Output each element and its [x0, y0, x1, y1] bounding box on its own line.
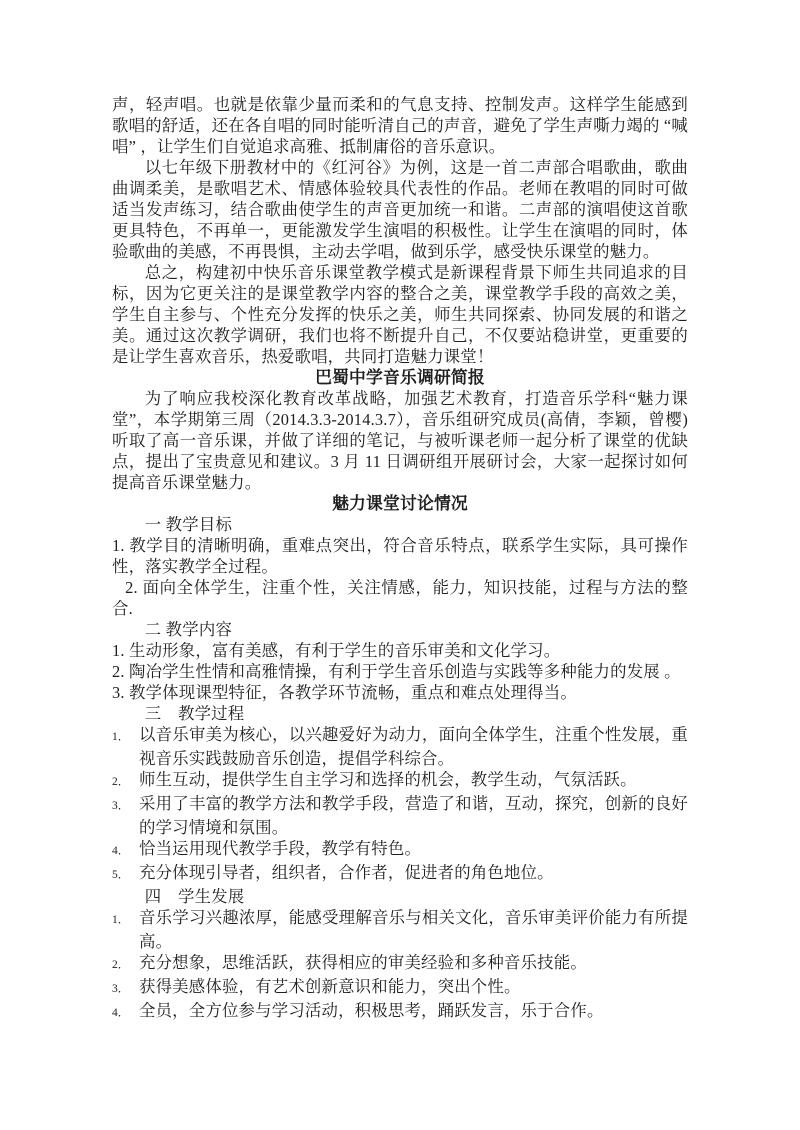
paragraph-summary: 总之，构建初中快乐音乐课堂教学模式是新课程背景下师生共同追求的目标，因为它更关注…	[112, 262, 688, 367]
list-item-text: 以音乐审美为核心，以兴趣爱好为动力，面向全体学生，注重个性发展，重视音乐实践鼓励…	[139, 725, 688, 768]
list-item-development-2: 2．充分想象，思维活跃，获得相应的审美经验和多种音乐技能。	[112, 952, 688, 976]
list-number: 2．	[112, 955, 139, 976]
document-page: 声，轻声唱。也就是依靠少量而柔和的气息支持、控制发声。这样学生能感到歌唱的舒适，…	[0, 0, 800, 1130]
section-heading-teaching-content: 二 教学内容	[112, 619, 688, 640]
section-heading-teaching-goals: 一 教学目标	[112, 514, 688, 535]
section-heading-student-development: 四 学生发展	[112, 886, 688, 907]
list-item-development-1: 1．音乐学习兴趣浓厚，能感受理解音乐与相关文化，音乐审美评价能力有所提高。	[112, 907, 688, 952]
list-item-text: 师生互动，提供学生自主学习和选择的机会，教学生动，气氛活跃。	[139, 770, 637, 789]
list-item-content-3: 3. 教学体现课型特征，各教学环节流畅，重点和难点处理得当。	[112, 682, 688, 703]
paragraph-report-intro: 为了响应我校深化教育改革战略，加强艺术教育，打造音乐学科“魅力课堂”，本学期第三…	[112, 388, 688, 493]
list-item-process-5: 5．充分体现引导者，组织者，合作者，促进者的角色地位。	[112, 862, 688, 886]
section-heading-teaching-process: 三 教学过程	[112, 703, 688, 724]
list-item-development-4: 4．全员，全方位参与学习活动，积极思考，踊跃发言，乐于合作。	[112, 1000, 688, 1024]
list-item-process-3: 3．采用了丰富的教学方法和教学手段，营造了和谐，互动，探究，创新的良好的学习情境…	[112, 793, 688, 838]
list-item-text: 全员，全方位参与学习活动，积极思考，踊跃发言，乐于合作。	[139, 1001, 604, 1020]
list-item-content-1: 1. 生动形象，富有美感，有利于学生的音乐审美和文化学习。	[112, 640, 688, 661]
list-item-text: 恰当运用现代教学手段，教学有特色。	[139, 839, 421, 858]
list-number: 4．	[112, 841, 139, 862]
list-item-text: 获得美感体验，有艺术创新意识和能力，突出个性。	[139, 977, 521, 996]
list-item-goals-1: 1. 教学目的清晰明确，重难点突出，符合音乐特点，联系学生实际，具可操作性，落实…	[112, 535, 688, 577]
list-number: 3．	[112, 796, 139, 817]
list-number: 2．	[112, 772, 139, 793]
list-item-text: 充分想象，思维活跃，获得相应的审美经验和多种音乐技能。	[139, 953, 587, 972]
list-item-content-2: 2. 陶冶学生性情和高雅情操，有利于学生音乐创造与实践等多种能力的发展 。	[112, 661, 688, 682]
list-item-goals-2: 2. 面向全体学生，注重个性，关注情感，能力，知识技能，过程与方法的整合.	[112, 577, 688, 619]
list-item-process-1: 1．以音乐审美为核心，以兴趣爱好为动力，面向全体学生，注重个性发展，重视音乐实践…	[112, 724, 688, 769]
document-body: 声，轻声唱。也就是依靠少量而柔和的气息支持、控制发声。这样学生能感到歌唱的舒适，…	[112, 94, 688, 1024]
list-item-text: 采用了丰富的教学方法和教学手段，营造了和谐，互动，探究，创新的良好的学习情境和氛…	[139, 794, 688, 837]
paragraph-soft-singing: 声，轻声唱。也就是依靠少量而柔和的气息支持、控制发声。这样学生能感到歌唱的舒适，…	[112, 94, 688, 157]
list-number: 1．	[112, 910, 139, 931]
list-number: 1．	[112, 727, 139, 748]
report-title: 巴蜀中学音乐调研简报	[112, 367, 688, 388]
list-number: 3．	[112, 979, 139, 1000]
paragraph-honghegu-example: 以七年级下册教材中的《红河谷》为例，这是一首二声部合唱歌曲，歌曲曲调柔美，是歌唱…	[112, 157, 688, 262]
list-item-process-4: 4．恰当运用现代教学手段，教学有特色。	[112, 838, 688, 862]
list-item-development-3: 3．获得美感体验，有艺术创新意识和能力，突出个性。	[112, 976, 688, 1000]
list-item-text: 音乐学习兴趣浓厚，能感受理解音乐与相关文化，音乐审美评价能力有所提高。	[139, 908, 688, 951]
discussion-title: 魅力课堂讨论情况	[112, 493, 688, 514]
list-item-text: 充分体现引导者，组织者，合作者，促进者的角色地位。	[139, 863, 554, 882]
list-number: 5．	[112, 865, 139, 886]
list-number: 4．	[112, 1003, 139, 1024]
list-item-process-2: 2．师生互动，提供学生自主学习和选择的机会，教学生动，气氛活跃。	[112, 769, 688, 793]
